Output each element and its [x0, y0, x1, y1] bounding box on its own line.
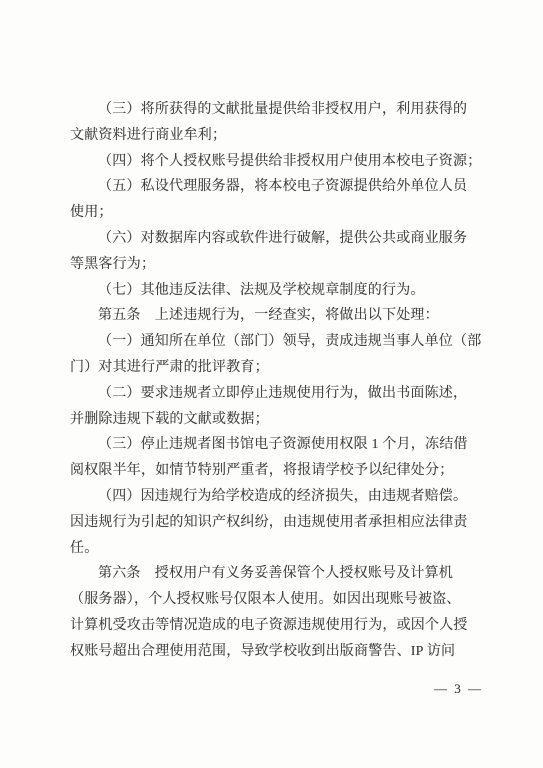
text-line: 并删除违规下载的文献或数据；: [70, 407, 473, 433]
text-line: 文献资料进行商业牟利；: [70, 123, 473, 149]
text-line: （六）对数据库内容或软件进行破解，提供公共或商业服务: [70, 226, 473, 252]
document-text: （三）将所获得的文献批量提供给非授权用户，利用获得的 文献资料进行商业牟利； （…: [70, 97, 473, 665]
text-line: （二）要求违规者立即停止违规使用行为，做出书面陈述，: [70, 381, 473, 407]
text-line: 门）对其进行严肃的批评教育；: [70, 355, 473, 381]
text-line: 阅权限半年，如情节特别严重者，将报请学校予以纪律处分；: [70, 458, 473, 484]
text-line: 任。: [70, 536, 473, 562]
text-line: 因违规行为引起的知识产权纠纷，由违规使用者承担相应法律责: [70, 510, 473, 536]
text-line: 使用；: [70, 200, 473, 226]
text-line: 第六条 授权用户有义务妥善保管个人授权账号及计算机: [70, 561, 473, 587]
document-page: （三）将所获得的文献批量提供给非授权用户，利用获得的 文献资料进行商业牟利； （…: [0, 0, 543, 768]
text-line: （七）其他违反法律、法规及学校规章制度的行为。: [70, 278, 473, 304]
text-line: 第五条 上述违规行为，一经查实，将做出以下处理：: [70, 303, 473, 329]
page-number: — 3 —: [434, 681, 483, 697]
text-line: 等黑客行为；: [70, 252, 473, 278]
text-line: （三）将所获得的文献批量提供给非授权用户，利用获得的: [70, 97, 473, 123]
text-line: （四）将个人授权账号提供给非授权用户使用本校电子资源；: [70, 149, 473, 175]
text-line: （四）因违规行为给学校造成的经济损失，由违规者赔偿。: [70, 484, 473, 510]
text-line: 权账号超出合理使用范围，导致学校收到出版商警告、IP 访问: [70, 639, 473, 665]
text-line: （五）私设代理服务器，将本校电子资源提供给外单位人员: [70, 174, 473, 200]
text-line: （一）通知所在单位（部门）领导，责成违规当事人单位（部: [70, 329, 473, 355]
text-line: 计算机受攻击等情况造成的电子资源违规使用行为，或因个人授: [70, 613, 473, 639]
text-line: （三）停止违规者图书馆电子资源使用权限 1 个月，冻结借: [70, 432, 473, 458]
text-line: （服务器），个人授权账号仅限本人使用。如因出现账号被盗、: [70, 587, 473, 613]
